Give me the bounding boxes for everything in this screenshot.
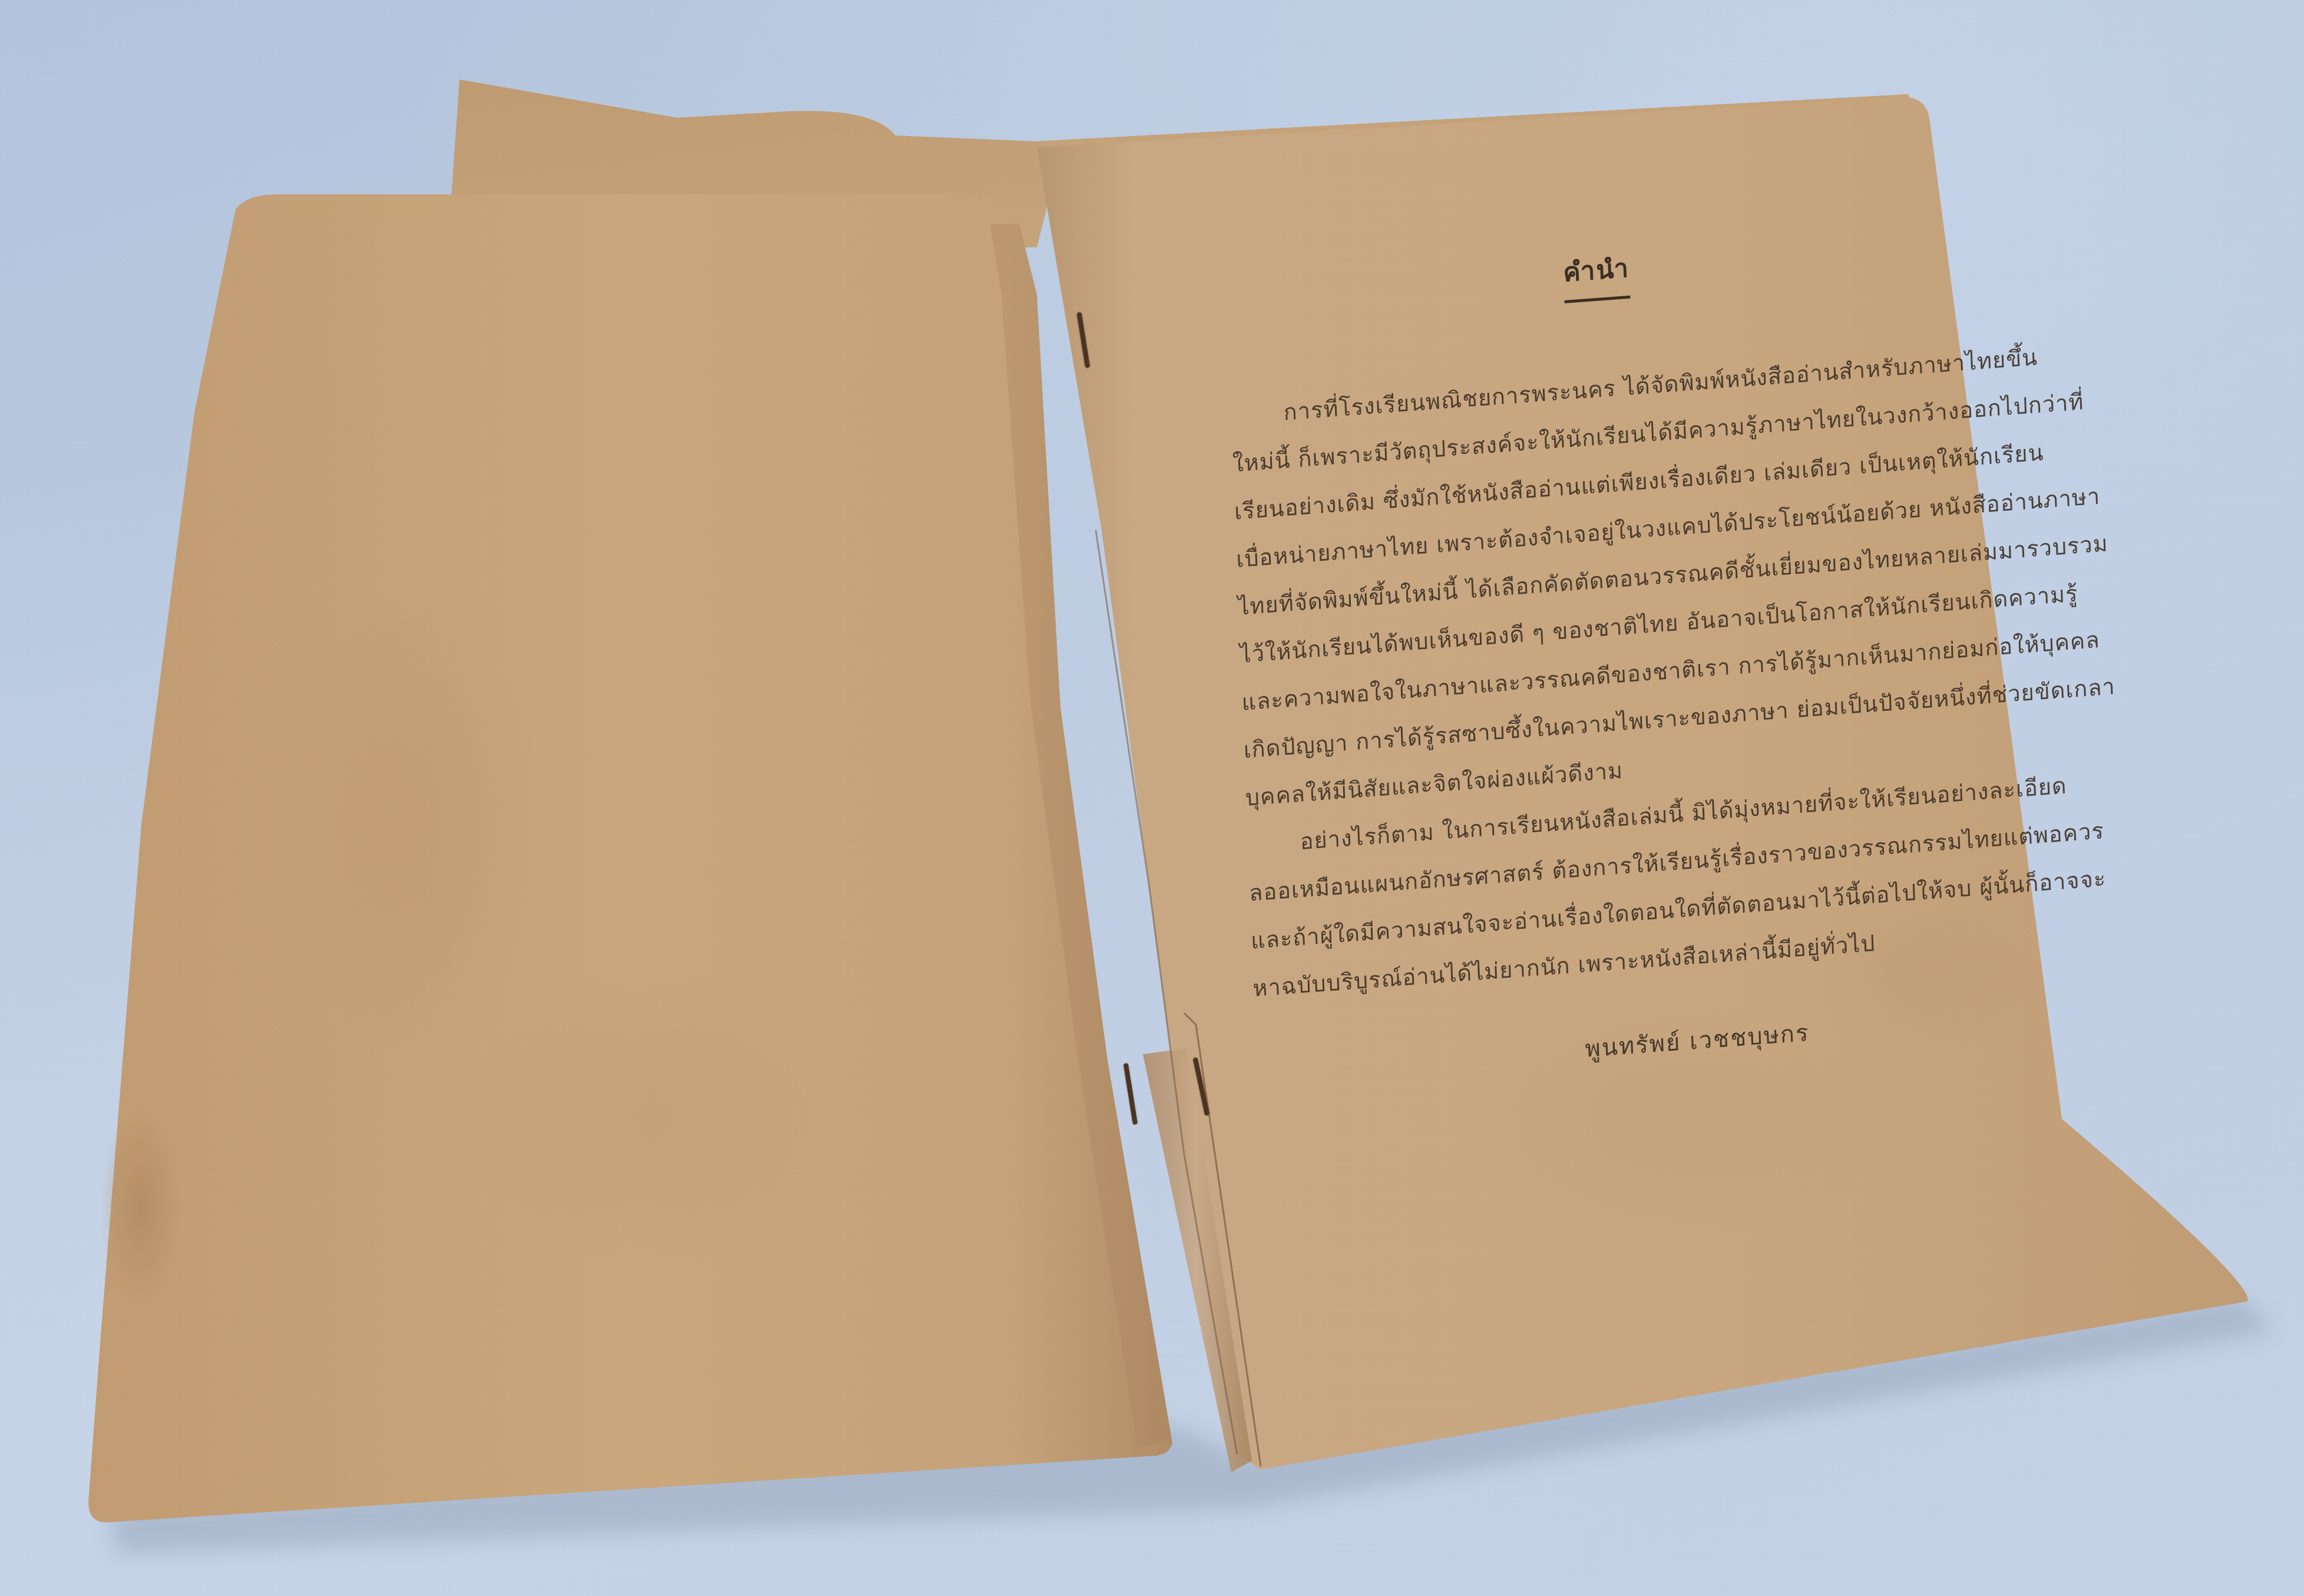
page-title-text: คำนำ <box>1562 247 1631 303</box>
foreword-text-block: คำนำ การที่โรงเรียนพณิชยการพระนคร ได้จัด… <box>1225 224 1974 1092</box>
